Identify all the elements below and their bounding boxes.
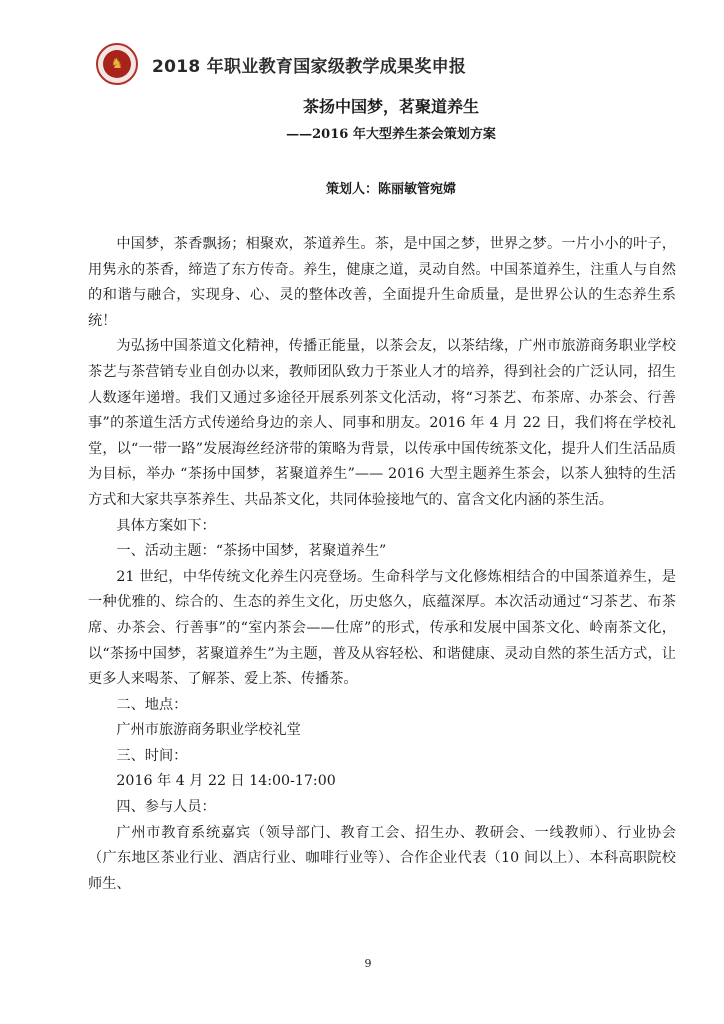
paragraph-background: 为弘扬中国茶道文化精神，传播正能量，以茶会友，以茶结缘，广州市旅游商务职业学校茶… (88, 334, 676, 513)
horse-icon: ♞ (103, 50, 131, 78)
page-header: ♞ 2018 年职业教育国家级教学成果奖申报 (96, 40, 466, 88)
paragraph-theme: 21 世纪，中华传统文化养生闪亮登场。生命科学与文化修炼相结合的中国茶道养生，是… (88, 565, 676, 693)
document-body: 中国梦，茶香飘扬；相聚欢，茶道养生。茶，是中国之梦，世界之梦。一片小小的叶子，用… (88, 232, 676, 897)
planner-line: 策划人：陈丽敏管宛嫦 (0, 178, 724, 197)
page-number: 9 (0, 957, 724, 970)
document-subtitle: ——2016 年大型养生茶会策划方案 (0, 123, 724, 142)
paragraph-plan-heading: 具体方案如下： (88, 514, 676, 540)
time-value: 2016 年 4 月 22 日 14:00-17:00 (88, 769, 676, 795)
section-location-heading: 二、地点： (88, 693, 676, 719)
paragraph-intro: 中国梦，茶香飘扬；相聚欢，茶道养生。茶，是中国之梦，世界之梦。一片小小的叶子，用… (88, 232, 676, 334)
section-time-heading: 三、时间： (88, 744, 676, 770)
location-value: 广州市旅游商务职业学校礼堂 (88, 718, 676, 744)
section-participants-heading: 四、参与人员： (88, 795, 676, 821)
school-emblem-logo: ♞ (96, 43, 138, 85)
section-theme-heading: 一、活动主题：“茶扬中国梦，茗聚道养生” (88, 539, 676, 565)
document-title: 茶扬中国梦，茗聚道养生 (0, 94, 724, 117)
participants-value: 广州市教育系统嘉宾（领导部门、教育工会、招生办、教研会、一线教师）、行业协会（广… (88, 821, 676, 898)
header-title: 2018 年职业教育国家级教学成果奖申报 (152, 52, 466, 77)
